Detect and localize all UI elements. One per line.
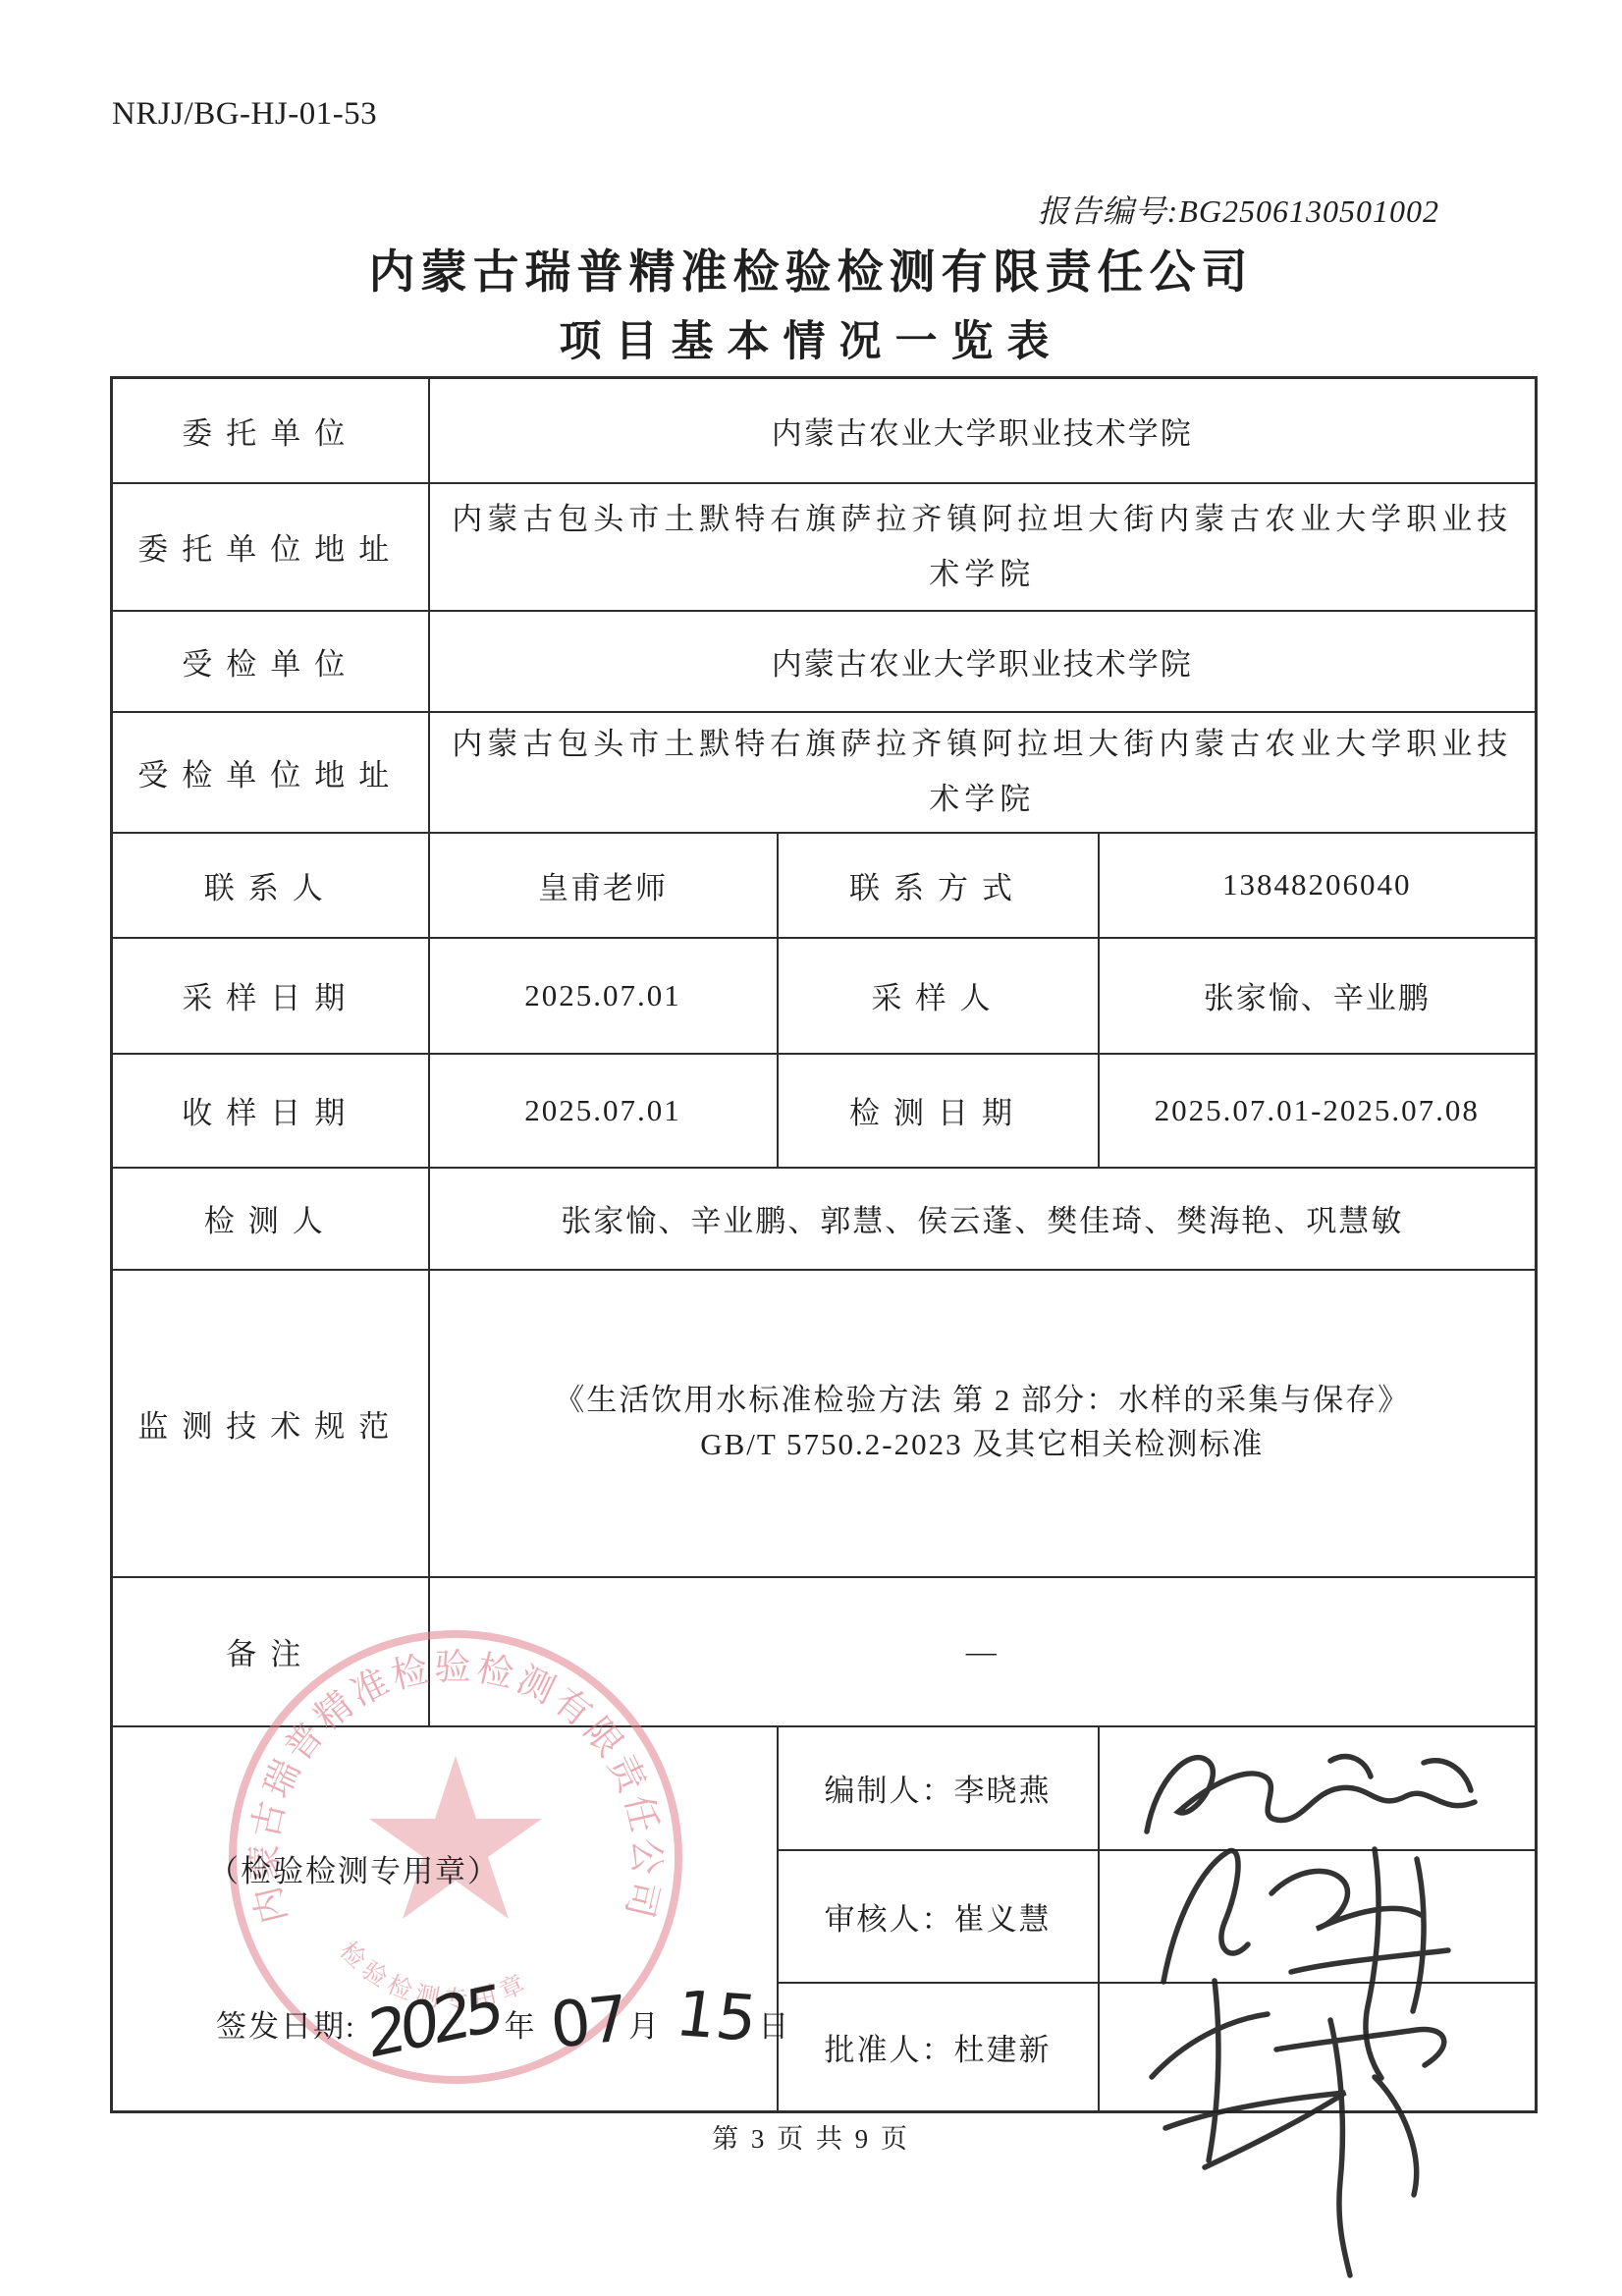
inspected-unit-label: 受检单位 [112, 611, 429, 712]
client-label: 委托单位 [112, 378, 429, 483]
table-row-client: 委托单位 内蒙古农业大学职业技术学院 [112, 378, 1537, 483]
client-value: 内蒙古农业大学职业技术学院 [429, 378, 1537, 483]
sampler-value: 张家愉、辛业鹏 [1099, 938, 1537, 1054]
client-address-label: 委托单位地址 [112, 483, 429, 611]
year-unit: 年 [505, 2001, 537, 2046]
document-code: NRJJ/BG-HJ-01-53 [112, 96, 377, 133]
inspected-unit-value: 内蒙古农业大学职业技术学院 [429, 611, 1537, 712]
contact-phone: 13848206040 [1099, 833, 1537, 938]
receiving-date-value: 2025.07.01 [429, 1054, 778, 1168]
standard-line-1: 《生活饮用水标准检验方法 第 2 部分：水样的采集与保存》 [440, 1379, 1526, 1423]
sampling-date-label: 采样日期 [112, 938, 429, 1054]
table-row-receiving: 收样日期 2025.07.01 检测日期 2025.07.01-2025.07.… [112, 1054, 1537, 1168]
test-date-label: 检测日期 [778, 1054, 1099, 1168]
handwritten-day: 15 [673, 1983, 761, 2050]
table-row-inspectors: 检测人 张家愉、辛业鹏、郭慧、侯云蓬、樊佳琦、樊海艳、巩慧敏 [112, 1168, 1537, 1270]
client-address-value: 内蒙古包头市土默特右旗萨拉齐镇阿拉坦大街内蒙古农业大学职业技术学院 [429, 483, 1537, 611]
contact-label: 联系人 [112, 833, 429, 938]
reviewer-label: 审核人：崔义慧 [778, 1850, 1099, 1983]
receiving-date-label: 收样日期 [112, 1054, 429, 1168]
report-number: 报告编号:BG2506130501002 [1038, 187, 1439, 232]
inspectors-label: 检测人 [112, 1168, 429, 1270]
standard-label: 监测技术规范 [112, 1270, 429, 1577]
report-page: NRJJ/BG-HJ-01-53 报告编号:BG2506130501002 内蒙… [0, 0, 1622, 2296]
issue-date-label: 签发日期: [216, 2001, 356, 2046]
table-row-inspected-unit: 受检单位 内蒙古农业大学职业技术学院 [112, 611, 1537, 712]
table-row-standard: 监测技术规范 《生活饮用水标准检验方法 第 2 部分：水样的采集与保存》 GB/… [112, 1270, 1537, 1577]
inspected-address-value: 内蒙古包头市土默特右旗萨拉齐镇阿拉坦大街内蒙古农业大学职业技术学院 [429, 712, 1537, 833]
day-unit: 日 [758, 2001, 790, 2046]
issue-date-line: 签发日期: 2025 年 07 月 15 日 [216, 1992, 790, 2054]
standard-line-2: GB/T 5750.2-2023 及其它相关检测标准 [440, 1423, 1526, 1467]
contact-method-label: 联系方式 [778, 833, 1099, 938]
month-unit: 月 [628, 2001, 661, 2046]
table-row-inspected-address: 受检单位地址 内蒙古包头市土默特右旗萨拉齐镇阿拉坦大街内蒙古农业大学职业技术学院 [112, 712, 1537, 833]
table-row-contact: 联系人 皇甫老师 联系方式 13848206040 [112, 833, 1537, 938]
preparer-label: 编制人：李晓燕 [778, 1726, 1099, 1850]
sampler-label: 采样人 [778, 938, 1099, 1054]
test-date-value: 2025.07.01-2025.07.08 [1099, 1054, 1537, 1168]
stamp-note: （检验检测专用章） [208, 1846, 500, 1890]
inspectors-value: 张家愉、辛业鹏、郭慧、侯云蓬、樊佳琦、樊海艳、巩慧敏 [429, 1168, 1537, 1270]
standard-value: 《生活饮用水标准检验方法 第 2 部分：水样的采集与保存》 GB/T 5750.… [429, 1270, 1537, 1577]
page-title: 项目基本情况一览表 [0, 308, 1622, 368]
contact-name: 皇甫老师 [429, 833, 778, 938]
handwritten-month: 07 [547, 1988, 629, 2058]
table-row-sampling: 采样日期 2025.07.01 采样人 张家愉、辛业鹏 [112, 938, 1537, 1054]
sampling-date-value: 2025.07.01 [429, 938, 778, 1054]
inspected-address-label: 受检单位地址 [112, 712, 429, 833]
stamp-star-icon [369, 1756, 542, 1919]
approver-label: 批准人：杜建新 [778, 1983, 1099, 2112]
company-title: 内蒙古瑞普精准检验检测有限责任公司 [0, 236, 1622, 301]
page-footer: 第 3 页 共 9 页 [0, 2117, 1622, 2156]
table-row-client-address: 委托单位地址 内蒙古包头市土默特右旗萨拉齐镇阿拉坦大街内蒙古农业大学职业技术学院 [112, 483, 1537, 611]
